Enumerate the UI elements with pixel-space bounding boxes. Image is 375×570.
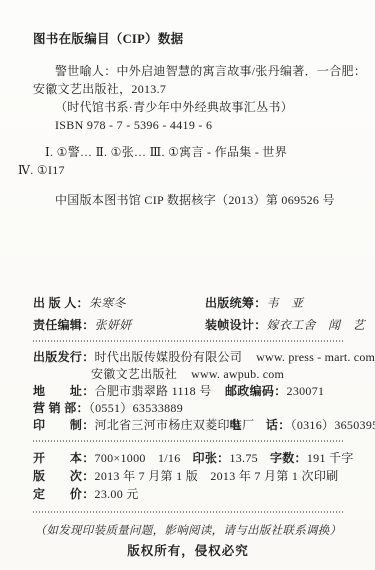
issuer-url: www. press - mart. com [256, 350, 375, 364]
address-row: 地 址：合肥市翡翠路 1118 号 邮政编码：230071 [33, 383, 343, 400]
format-value: 700×1000 1/16 [95, 451, 181, 465]
cip-block: 警世喻人：中外启迪智慧的寓言故事/张丹编著．一合肥： 安徽文艺出版社，2013.… [33, 62, 343, 209]
editor-label: 责任编辑： [33, 318, 95, 332]
publisher-person-label: 出 版 人： [33, 296, 89, 310]
credits-block: 出 版 人：朱寒冬 出版统筹：韦 亚 责任编辑：张妍妍 装帧设计：嫁衣工舍 闻 … [33, 294, 343, 334]
issuer-url-2: www. awpub. com [191, 367, 284, 381]
edition-label: 版 次： [33, 469, 95, 483]
printer-label: 印 制： [33, 418, 95, 432]
cip-title-line-1: 警世喻人：中外启迪智慧的寓言故事/张丹编著．一合肥： [33, 62, 343, 80]
format-row: 开 本：700×1000 1/16印张：13.75字数：191 千字 [33, 449, 343, 467]
publisher-person-value: 朱寒冬 [89, 296, 126, 310]
publishing-block: 出版发行：时代出版传媒股份有限公司www. press - mart. com … [33, 349, 343, 434]
postcode-label: 邮政编码： [225, 384, 287, 398]
marketing-value: （0551）63533889 [89, 401, 183, 415]
copyright-statement: 版权所有，侵权必究 [33, 542, 343, 560]
marketing-row: 营 销 部：（0551）63533889 [33, 400, 343, 417]
cip-isbn: ISBN 978 - 7 - 5396 - 4419 - 6 [33, 116, 343, 134]
cip-classification-line-1: Ⅰ. ①警… Ⅱ. ①张… Ⅲ. ①寓言 - 作品集 - 世界 [33, 143, 343, 161]
format-label: 开 本： [33, 451, 95, 465]
spec-block: 开 本：700×1000 1/16印张：13.75字数：191 千字 版 次：2… [33, 449, 343, 503]
dotted-divider-middle [33, 440, 343, 442]
marketing-label: 营 销 部： [33, 401, 89, 415]
coordinator-label: 出版统筹： [205, 296, 267, 310]
phone-label: 电 话： [229, 418, 291, 432]
quality-notice: （如发现印装质量问题，影响阅读，请与出版社联系调换） [33, 522, 343, 540]
issuer-value-2: 安徽文艺出版社 [91, 367, 177, 381]
designer-value: 嫁衣工舍 闻 艺 [267, 318, 365, 332]
issuer-row-2: 安徽文艺出版社www. awpub. com [33, 366, 343, 383]
price-label: 定 价： [33, 487, 95, 501]
cip-classification-line-2: Ⅳ. ①I17 [18, 161, 343, 179]
dotted-divider-bottom [33, 511, 343, 513]
sheets-value: 13.75 [229, 451, 258, 465]
words-label: 字数： [270, 451, 307, 465]
book-copyright-page: 图书在版编目（CIP）数据 警世喻人：中外启迪智慧的寓言故事/张丹编著．一合肥：… [0, 0, 375, 570]
cip-registry-number: 中国版本图书馆 CIP 数据核字（2013）第 069526 号 [33, 191, 343, 209]
price-row: 定 价：23.00 元 [33, 485, 343, 503]
coordinator-group: 出版统筹：韦 亚 [205, 294, 303, 312]
edition-value: 2013 年 7 月第 1 版 2013 年 7 月第 1 次印刷 [95, 469, 339, 483]
issuer-value: 时代出版传媒股份有限公司 [95, 350, 243, 364]
cip-header: 图书在版编目（CIP）数据 [33, 30, 343, 48]
words-value: 191 千字 [307, 451, 354, 465]
cip-title-line-2: 安徽文艺出版社，2013.7 [33, 80, 343, 98]
designer-group: 装帧设计：嫁衣工舍 闻 艺 [205, 316, 365, 334]
price-value: 23.00 元 [95, 487, 139, 501]
edition-row: 版 次：2013 年 7 月第 1 版 2013 年 7 月第 1 次印刷 [33, 467, 343, 485]
address-value: 合肥市翡翠路 1118 号 [95, 384, 212, 398]
cip-series: （时代馆书系·青少年中外经典故事汇丛书） [33, 98, 343, 116]
dotted-divider-top [33, 340, 343, 342]
designer-label: 装帧设计： [205, 318, 267, 332]
editor-value: 张妍妍 [95, 318, 132, 332]
postcode-group: 邮政编码：230071 [225, 383, 324, 400]
phone-value: （0316）3650395 [291, 418, 375, 432]
credits-row-1: 出 版 人：朱寒冬 出版统筹：韦 亚 [33, 294, 343, 312]
sheets-label: 印张： [193, 451, 230, 465]
printer-row: 印 制：河北省三河市杨庄双菱印装厂 电 话：（0316）3650395 [33, 417, 343, 434]
postcode-value: 230071 [287, 384, 325, 398]
credits-row-2: 责任编辑：张妍妍 装帧设计：嫁衣工舍 闻 艺 [33, 316, 343, 334]
coordinator-value: 韦 亚 [267, 296, 304, 310]
address-label: 地 址： [33, 384, 95, 398]
issuer-row: 出版发行：时代出版传媒股份有限公司www. press - mart. com [33, 349, 343, 366]
phone-group: 电 话：（0316）3650395 [229, 417, 375, 434]
issuer-label: 出版发行： [33, 350, 95, 364]
